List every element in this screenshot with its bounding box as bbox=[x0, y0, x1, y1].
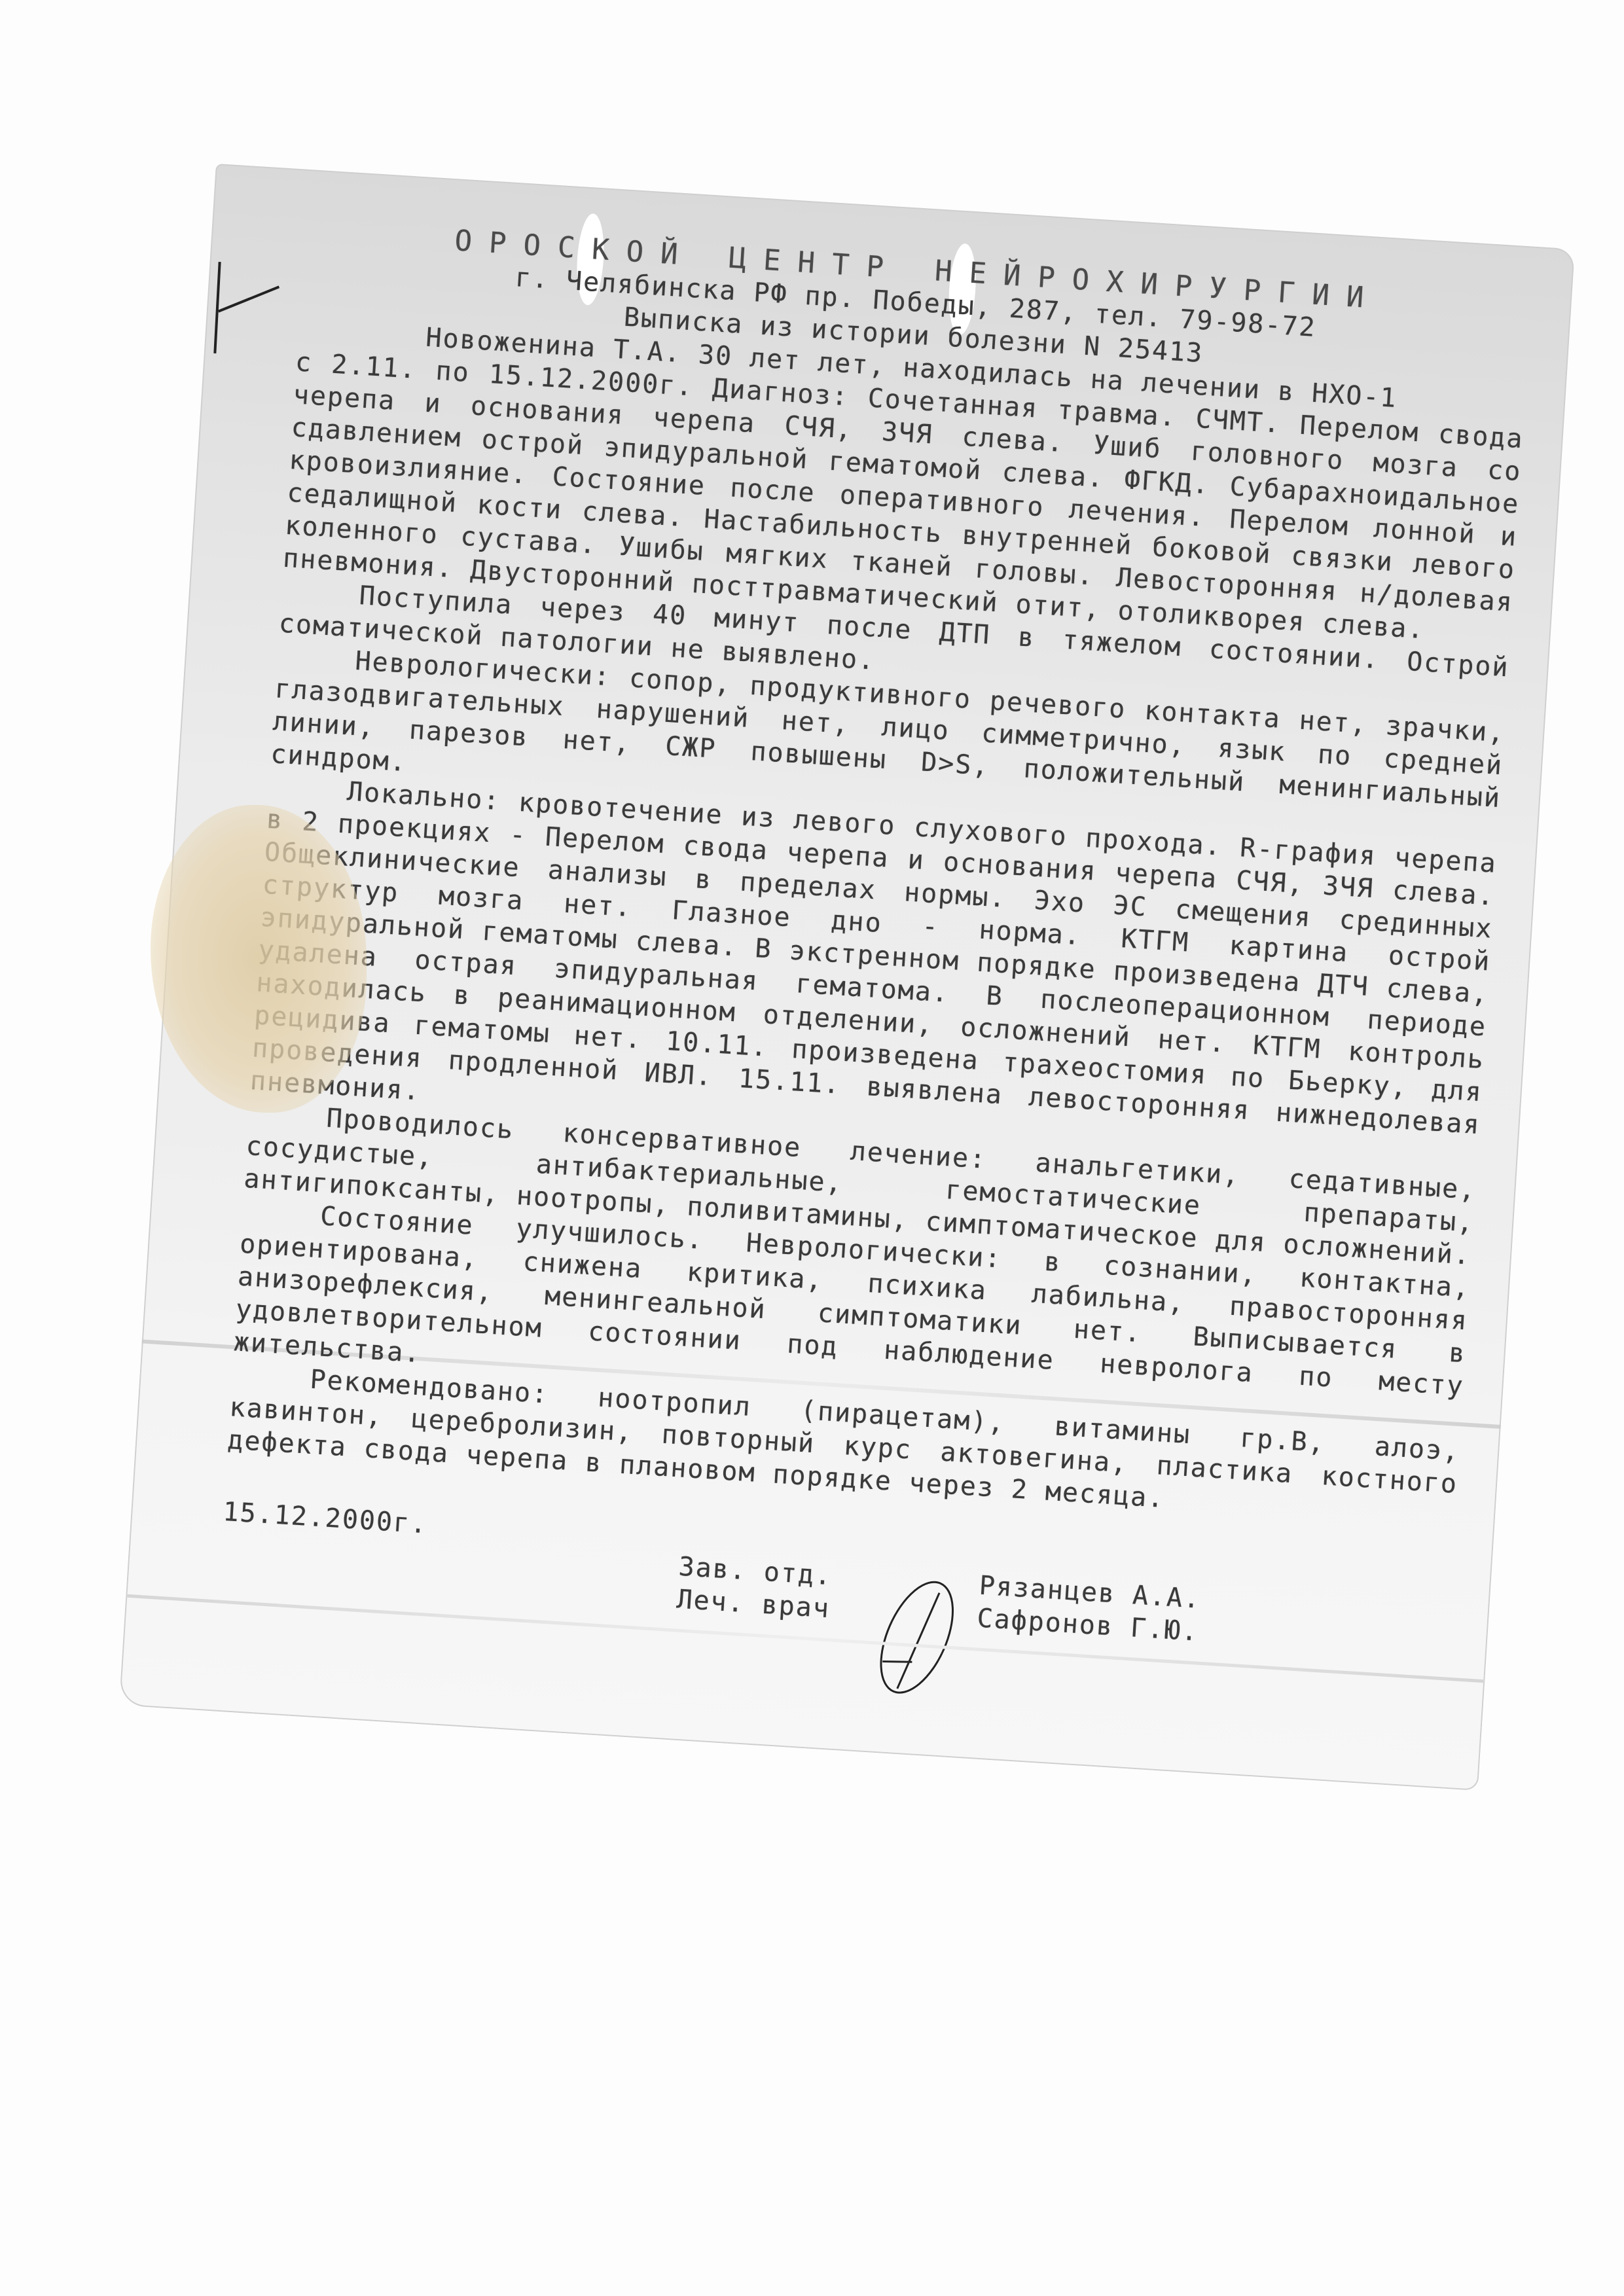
signature-icon bbox=[835, 1560, 1013, 1702]
document-date: 15.12.2000г. bbox=[222, 1496, 429, 1541]
signature-block: 15.12.2000г. Зав. отд. Леч. врач Рязанце… bbox=[215, 1496, 1452, 1717]
discharge-summary: ОРОСКОЙ ЦЕНТР НЕЙРОХИРУРГИИ г. Челябинск… bbox=[215, 215, 1532, 1717]
